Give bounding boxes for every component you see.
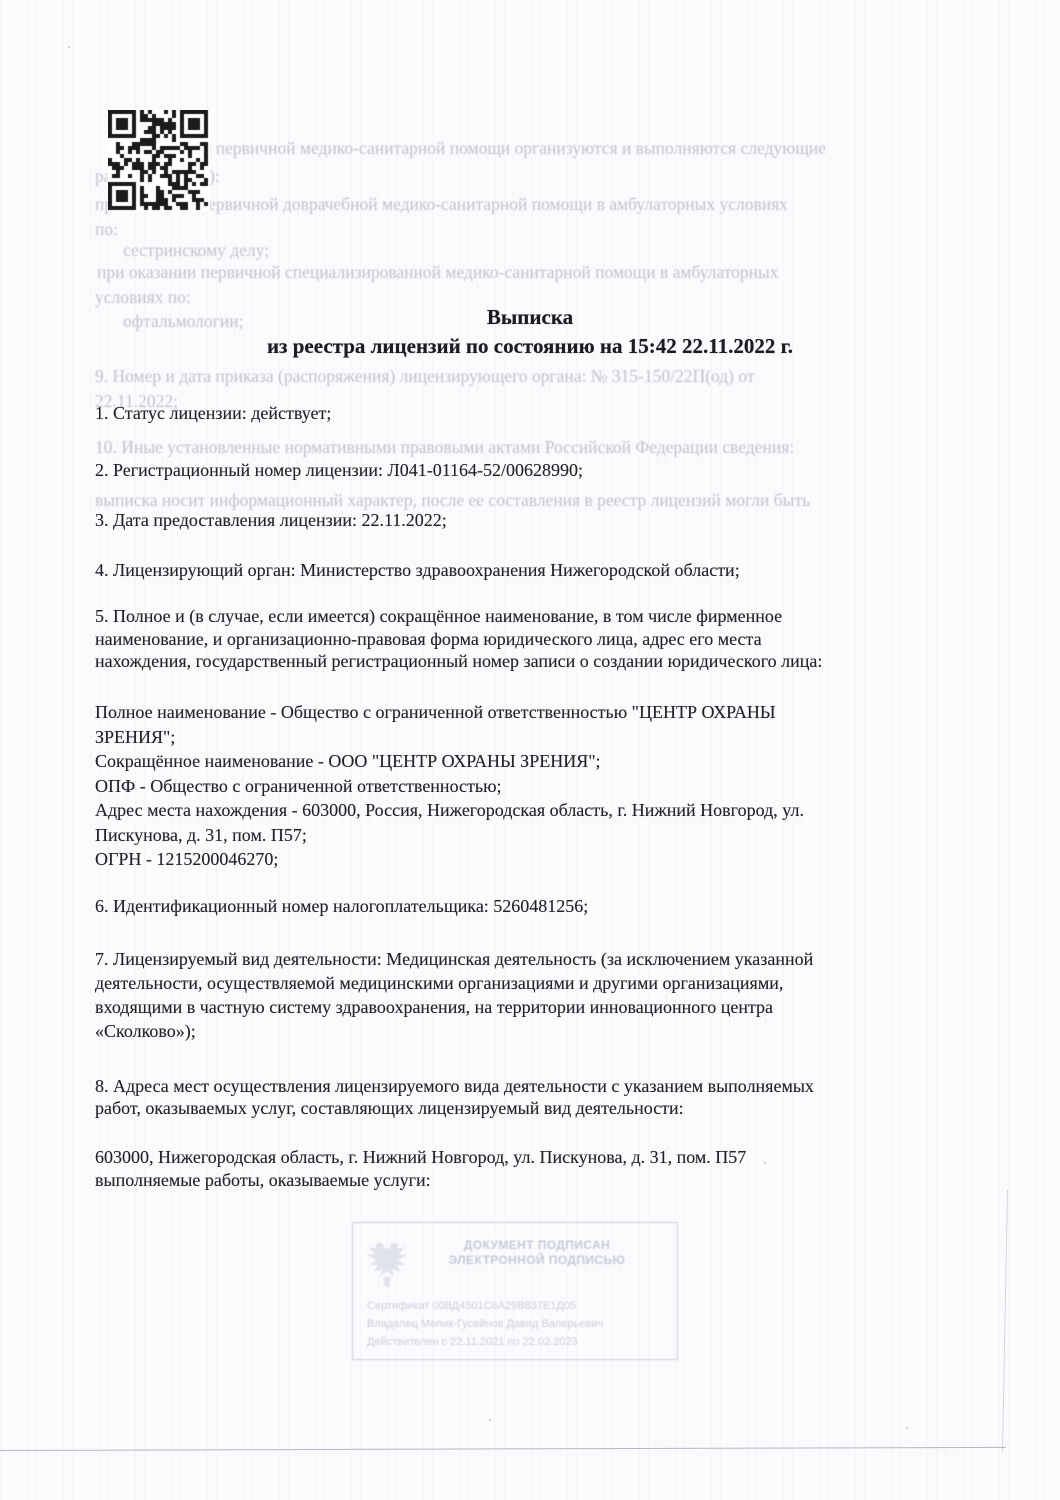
signature-stamp: ДОКУМЕНТ ПОДПИСАН ЭЛЕКТРОННОЙ ПОДПИСЬЮ С… [352,1222,678,1360]
paragraph-line: наименование, и организационно-правовая … [95,628,822,651]
coat-of-arms-icon [365,1239,409,1291]
stamp-details: Сертификат 00ВД4501С6А29В837Е1Д05 Владел… [367,1297,603,1351]
stamp-owner-line: Владелец Мелик-Гусейнов Давид Валерьевич [367,1315,603,1333]
scan-noise-dot [764,1162,766,1164]
scan-noise-dot [68,46,70,48]
opf-line: ОПФ - Общество с ограниченной ответствен… [95,774,804,799]
bleedthrough-line: выписка носит информационный характер, п… [95,490,810,511]
bleedthrough-line: при оказании первичной специализированно… [97,262,779,283]
names-intro-paragraph: 5. Полное и (в случае, если имеется) сок… [95,605,822,673]
status-line: 1. Статус лицензии: действует; [95,403,331,424]
activity-address-block: 603000, Нижегородская область, г. Нижний… [95,1146,746,1192]
bleedthrough-line: по: [95,219,118,240]
bleedthrough-line: при оказании первичной медико-санитарной… [112,138,826,159]
paragraph-line: входящими в частную систему здравоохране… [95,995,813,1019]
activity-paragraph: 7. Лицензируемый вид деятельности: Медиц… [95,947,813,1043]
scanned-license-extract-page: при оказании первичной медико-санитарной… [0,0,1060,1500]
title-line-1: Выписка [0,303,1060,332]
bleedthrough-line: 10. Иные установленные нормативными прав… [95,437,794,458]
paragraph-line: нахождения, государственный регистрацион… [95,650,822,673]
legal-address-line: Адрес места нахождения - 603000, Россия,… [95,798,804,823]
paragraph-line: работ, оказываемых услуг, составляющих л… [95,1097,814,1119]
scan-noise-dot [906,1427,908,1429]
legal-address-line: Пискунова, д. 31, пом. П57; [95,823,804,848]
paragraph-line: 8. Адреса мест осуществления лицензируем… [95,1075,814,1097]
works-services-line: выполняемые работы, оказываемые услуги: [95,1169,746,1192]
paragraph-line: деятельности, осуществляемой медицинским… [95,971,813,995]
bleedthrough-line: 9. Номер и дата приказа (распоряжения) л… [95,366,755,387]
paper-bottom-edge [0,1447,1006,1451]
document-title: Выписка из реестра лицензий по состоянию… [0,303,1060,361]
full-name-line: ЗРЕНИЯ"; [95,725,804,750]
registration-number-line: 2. Регистрационный номер лицензии: Л041-… [95,460,583,481]
paragraph-line: 5. Полное и (в случае, если имеется) сок… [95,605,822,628]
paragraph-line: «Сколково»); [95,1019,813,1043]
stamp-header: ДОКУМЕНТ ПОДПИСАН ЭЛЕКТРОННОЙ ПОДПИСЬЮ [407,1238,667,1268]
full-name-line: Полное наименование - Общество с огранич… [95,700,804,725]
title-line-2: из реестра лицензий по состоянию на 15:4… [0,332,1060,361]
stamp-validity-line: Действителен с 22.11.2021 по 22.02.2023 [367,1333,603,1351]
name-block: Полное наименование - Общество с огранич… [95,700,804,872]
licensing-authority-line: 4. Лицензирующий орган: Министерство здр… [95,560,740,581]
scan-noise-dot [489,1419,491,1421]
ogrn-line: ОГРН - 1215200046270; [95,847,804,872]
inn-line: 6. Идентификационный номер налогоплатель… [95,896,588,917]
stamp-certificate-line: Сертификат 00ВД4501С6А29В837Е1Д05 [367,1297,603,1315]
qr-code [108,110,210,212]
activity-address-line: 603000, Нижегородская область, г. Нижний… [95,1146,746,1169]
bleedthrough-line: сестринскому делу; [123,240,269,261]
stamp-header-line: ЭЛЕКТРОННОЙ ПОДПИСЬЮ [407,1253,667,1268]
paragraph-line: 7. Лицензируемый вид деятельности: Медиц… [95,947,813,971]
paper-right-edge [1002,1190,1008,1452]
addresses-paragraph: 8. Адреса мест осуществления лицензируем… [95,1075,814,1119]
grant-date-line: 3. Дата предоставления лицензии: 22.11.2… [95,510,447,531]
short-name-line: Сокращённое наименование - ООО "ЦЕНТР ОХ… [95,749,804,774]
stamp-header-line: ДОКУМЕНТ ПОДПИСАН [407,1238,667,1253]
